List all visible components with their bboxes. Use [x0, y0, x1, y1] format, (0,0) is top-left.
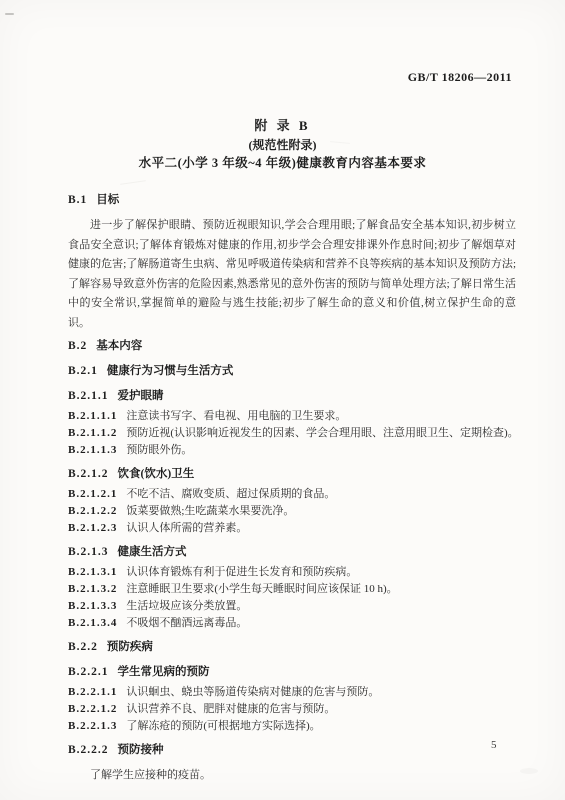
- clause-text: 认识蛔虫、蛲虫等肠道传染病对健康的危害与预防。: [126, 686, 379, 698]
- clause-title: 基本内容: [96, 340, 142, 352]
- clause-text: 生活垃圾应该分类放置。: [126, 600, 247, 612]
- clause-item: B.2.1.2.2饭菜要做熟;生吃蔬菜水果要洗净。: [68, 503, 516, 520]
- clause-number: B.2.2.2: [68, 744, 109, 756]
- clause-text: 认识人体所需的营养素。: [126, 522, 247, 534]
- clause-text: 了解冻疮的预防(可根据地方实际选择)。: [126, 720, 320, 732]
- clause-number: B.2.2.1.1: [68, 686, 117, 698]
- clause-text: 认识营养不良、肥胖对健康的危害与预防。: [126, 703, 335, 715]
- clause-number: B.2.1.3.2: [68, 583, 117, 595]
- clause-text: 注意读书写字、看电视、用电脑的卫生要求。: [126, 410, 346, 422]
- clause-number: B.1: [68, 194, 87, 206]
- clause-text: 认识体育锻炼有利于促进生长发育和预防疾病。: [126, 566, 357, 578]
- clause-title: 预防接种: [118, 744, 164, 756]
- clause-heading-b213: B.2.1.3健康生活方式: [68, 544, 516, 560]
- clause-heading-b2: B.2基本内容: [68, 338, 516, 354]
- clause-title: 健康行为习惯与生活方式: [107, 365, 234, 377]
- clause-item: B.2.1.1.3预防眼外伤。: [68, 442, 516, 459]
- clause-item: B.2.1.2.1不吃不洁、腐败变质、超过保质期的食品。: [68, 486, 516, 503]
- clause-item: B.2.1.1.2预防近视(认识影响近视发生的因素、学会合理用眼、注意用眼卫生、…: [68, 425, 516, 442]
- clause-number: B.2.1.2.2: [68, 505, 117, 517]
- clause-text: 不吃不洁、腐败变质、超过保质期的食品。: [126, 488, 335, 500]
- scan-artifact: [5, 13, 14, 15]
- clause-item: B.2.2.1.2认识营养不良、肥胖对健康的危害与预防。: [68, 701, 516, 718]
- scan-artifact: [520, 768, 538, 774]
- clause-item-group: B.2.1.2.1不吃不洁、腐败变质、超过保质期的食品。 B.2.1.2.2饭菜…: [68, 486, 516, 537]
- clause-heading-b21: B.2.1健康行为习惯与生活方式: [68, 363, 516, 379]
- standard-code: GB/T 18206—2011: [408, 70, 512, 85]
- clause-number: B.2.1.3.4: [68, 617, 117, 629]
- clause-heading-b212: B.2.1.2饮食(饮水)卫生: [68, 466, 516, 482]
- vaccination-paragraph: 了解学生应接种的疫苗。: [68, 766, 516, 786]
- document-page: GB/T 18206—2011 附 录 B (规范性附录) 水平二(小学 3 年…: [0, 0, 565, 800]
- clause-item: B.2.1.3.4不吸烟不酗酒远离毒品。: [68, 615, 516, 632]
- appendix-title-block: 附 录 B (规范性附录) 水平二(小学 3 年级~4 年级)健康教育内容基本要…: [0, 118, 565, 171]
- clause-number: B.2.1.1.2: [68, 427, 117, 439]
- clause-item: B.2.1.3.2注意睡眠卫生要求(小学生每天睡眠时间应该保证 10 h)。: [68, 581, 516, 598]
- clause-number: B.2.1.2.3: [68, 522, 117, 534]
- clause-number: B.2.2: [68, 641, 98, 653]
- clause-text: 注意睡眠卫生要求(小学生每天睡眠时间应该保证 10 h)。: [126, 583, 397, 595]
- appendix-title: 水平二(小学 3 年级~4 年级)健康教育内容基本要求: [0, 155, 565, 171]
- clause-number: B.2.2.1: [68, 666, 109, 678]
- clause-text: 预防眼外伤。: [126, 444, 192, 456]
- clause-item: B.2.1.1.1注意读书写字、看电视、用电脑的卫生要求。: [68, 408, 516, 425]
- clause-text: 预防近视(认识影响近视发生的因素、学会合理用眼、注意用眼卫生、定期检查)。: [126, 427, 518, 439]
- appendix-label: 附 录 B: [0, 118, 565, 134]
- clause-number: B.2.2.1.3: [68, 720, 117, 732]
- clause-item: B.2.1.3.1认识体育锻炼有利于促进生长发育和预防疾病。: [68, 564, 516, 581]
- clause-heading-b221: B.2.2.1学生常见病的预防: [68, 664, 516, 680]
- page-number: 5: [491, 739, 497, 751]
- clause-heading-b1: B.1目标: [68, 192, 516, 208]
- clause-number: B.2.1.1: [68, 390, 109, 402]
- clause-number: B.2.1.1.1: [68, 410, 117, 422]
- clause-heading-b22: B.2.2预防疾病: [68, 639, 516, 655]
- clause-item: B.2.2.1.3了解冻疮的预防(可根据地方实际选择)。: [68, 718, 516, 735]
- objective-paragraph: 进一步了解保护眼睛、预防近视眼知识,学会合理用眼;了解食品安全基本知识,初步树立…: [68, 216, 516, 333]
- clause-number: B.2.1.2.1: [68, 488, 117, 500]
- clause-item: B.2.2.1.1认识蛔虫、蛲虫等肠道传染病对健康的危害与预防。: [68, 684, 516, 701]
- clause-title: 学生常见病的预防: [118, 666, 210, 678]
- clause-number: B.2.1.2: [68, 468, 109, 480]
- clause-text: 不吸烟不酗酒远离毒品。: [126, 617, 247, 629]
- clause-heading-b222: B.2.2.2预防接种: [68, 742, 516, 758]
- clause-item: B.2.1.3.3生活垃圾应该分类放置。: [68, 598, 516, 615]
- clause-item-group: B.2.1.1.1注意读书写字、看电视、用电脑的卫生要求。 B.2.1.1.2预…: [68, 408, 516, 459]
- clause-text: 饭菜要做熟;生吃蔬菜水果要洗净。: [126, 505, 294, 517]
- document-body: B.1目标 进一步了解保护眼睛、预防近视眼知识,学会合理用眼;了解食品安全基本知…: [68, 192, 516, 786]
- scan-artifact: [120, 180, 146, 185]
- clause-item-group: B.2.2.1.1认识蛔虫、蛲虫等肠道传染病对健康的危害与预防。 B.2.2.1…: [68, 684, 516, 735]
- clause-number: B.2.1.3.1: [68, 566, 117, 578]
- clause-number: B.2.2.1.2: [68, 703, 117, 715]
- clause-item-group: B.2.1.3.1认识体育锻炼有利于促进生长发育和预防疾病。 B.2.1.3.2…: [68, 564, 516, 632]
- clause-number: B.2.1.1.3: [68, 444, 117, 456]
- appendix-type-note: (规范性附录): [0, 137, 565, 153]
- clause-title: 目标: [96, 194, 119, 206]
- clause-title: 饮食(饮水)卫生: [118, 468, 195, 480]
- clause-title: 健康生活方式: [118, 546, 187, 558]
- clause-item: B.2.1.2.3认识人体所需的营养素。: [68, 520, 516, 537]
- clause-title: 爱护眼睛: [118, 390, 164, 402]
- clause-title: 预防疾病: [107, 641, 153, 653]
- clause-number: B.2.1.3: [68, 546, 109, 558]
- clause-number: B.2: [68, 340, 87, 352]
- clause-heading-b211: B.2.1.1爱护眼睛: [68, 388, 516, 404]
- clause-number: B.2.1: [68, 365, 98, 377]
- clause-number: B.2.1.3.3: [68, 600, 117, 612]
